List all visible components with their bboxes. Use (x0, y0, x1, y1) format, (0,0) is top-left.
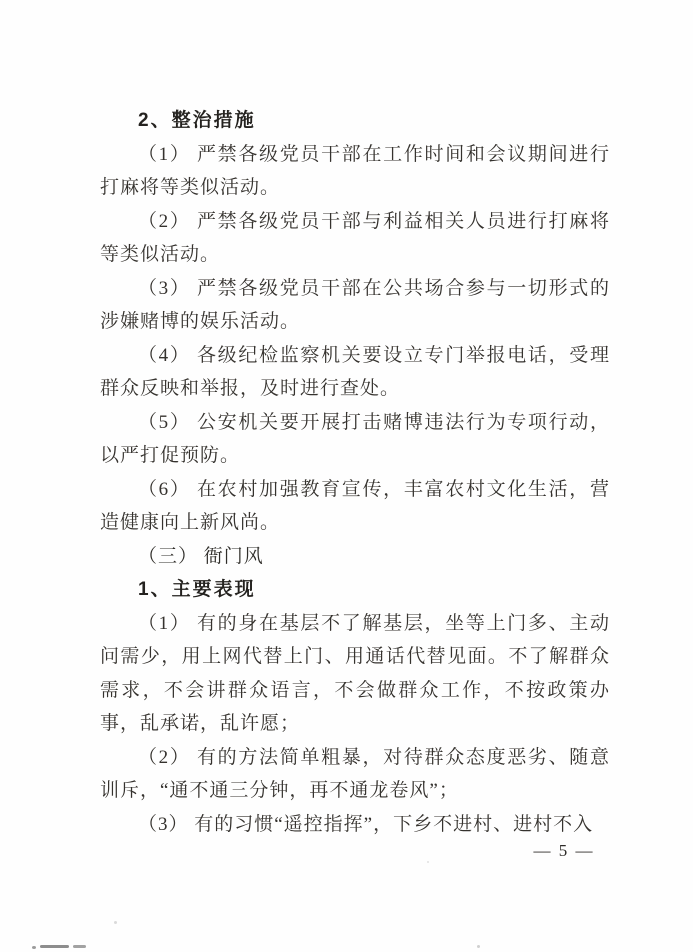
paragraph: （1） 严禁各级党员干部在工作时间和会议期间进行打麻将等类似活动。 (100, 138, 610, 205)
paragraph: （3） 有的习惯“遥控指挥”，下乡不进村、进村不入 (100, 808, 610, 842)
paragraph: （2） 有的方法简单粗暴，对待群众态度恶劣、随意训斥，“通不通三分钟，再不通龙卷… (100, 741, 610, 808)
paragraph: （4） 各级纪检监察机关要设立专门举报电话，受理群众反映和举报，及时进行查处。 (100, 339, 610, 406)
scan-artifact-dash (40, 945, 69, 948)
paragraph: （5） 公安机关要开展打击赌博违法行为专项行动，以严打促预防。 (100, 406, 610, 473)
paragraph: （6） 在农村加强教育宣传，丰富农村文化生活，营造健康向上新风尚。 (100, 473, 610, 540)
paragraph: （2） 严禁各级党员干部与利益相关人员进行打麻将等类似活动。 (100, 205, 610, 272)
scan-artifact-speck (477, 945, 480, 948)
scan-artifact-dot (32, 946, 36, 949)
paragraph: （1） 有的身在基层不了解基层，坐等上门多、主动问需少，用上网代替上门、用通话代… (100, 607, 610, 741)
scanned-page: 2、整治措施（1） 严禁各级党员干部在工作时间和会议期间进行打麻将等类似活动。（… (0, 0, 693, 952)
scan-artifact-dash (73, 945, 86, 948)
document-text-block: 2、整治措施（1） 严禁各级党员干部在工作时间和会议期间进行打麻将等类似活动。（… (100, 104, 610, 841)
scan-artifact-speck (114, 921, 117, 924)
paragraph: （3） 严禁各级党员干部在公共场合参与一切形式的涉嫌赌博的娱乐活动。 (100, 272, 610, 339)
section-heading: 1、主要表现 (100, 573, 610, 607)
scan-artifact-speck (427, 861, 429, 863)
subsection-title: （三） 衙门风 (100, 540, 610, 574)
section-heading: 2、整治措施 (100, 104, 610, 138)
page-number: — 5 — (518, 841, 610, 861)
